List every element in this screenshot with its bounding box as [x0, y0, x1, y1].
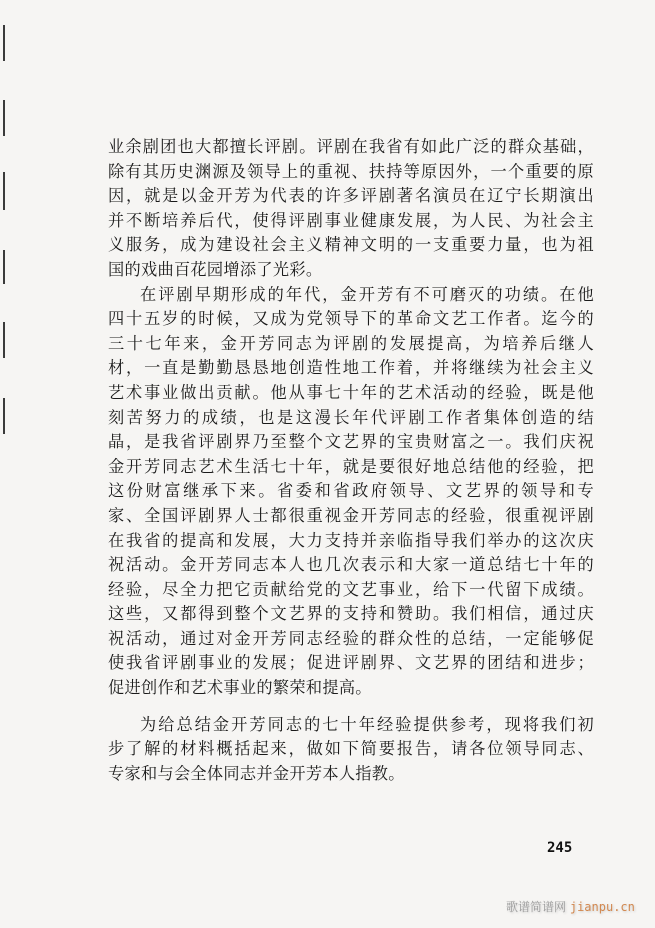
- body-text: 业余剧团也大都擅长评剧。评剧在我省有如此广泛的群众基础，除有其历史渊源及领导上的…: [108, 135, 594, 786]
- margin-mark: [3, 398, 5, 434]
- margin-mark: [3, 172, 5, 210]
- text-line: 专家和与会全体同志并金开芳本人指教。: [108, 762, 594, 787]
- text-line: 使我省评剧事业的发展；促进评剧界、文艺界的团结和进步；: [108, 651, 594, 676]
- text-line: 在我省的提高和发展，大力支持并亲临指导我们举办的这次庆: [108, 529, 594, 554]
- text-line: 祝活动。金开芳同志本人也几次表示和大家一道总结七十年的: [108, 553, 594, 578]
- text-line: 这份财富继承下来。省委和省政府领导、文艺界的领导和专: [108, 479, 594, 504]
- page-number: 245: [547, 840, 572, 856]
- text-line: 促进创作和艺术事业的繁荣和提高。: [108, 676, 594, 701]
- margin-mark: [3, 322, 5, 358]
- scanned-page: 业余剧团也大都擅长评剧。评剧在我省有如此广泛的群众基础，除有其历史渊源及领导上的…: [0, 0, 655, 928]
- text-line: 并不断培养后代，使得评剧事业健康发展，为人民、为社会主: [108, 209, 594, 234]
- paragraph-gap: [108, 701, 594, 713]
- text-line: 步了解的材料概括起来，做如下简要报告，请各位领导同志、: [108, 737, 594, 762]
- paragraph: 为给总结金开芳同志的七十年经验提供参考，现将我们初步了解的材料概括起来，做如下简…: [108, 713, 594, 787]
- text-line: 除有其历史渊源及领导上的重视、扶持等原因外，一个重要的原: [108, 160, 594, 185]
- text-line: 国的戏曲百花园增添了光彩。: [108, 258, 594, 283]
- text-line: 艺术事业做出贡献。他从事七十年的艺术活动的经验，既是他: [108, 381, 594, 406]
- text-line: 材，一直是勤勤恳恳地创造性地工作着，并将继续为社会主义: [108, 356, 594, 381]
- watermark: 歌谱简谱网 jianpu.cn: [506, 898, 635, 915]
- text-line: 家、全国评剧界人士都很重视金开芳同志的经验，很重视评剧: [108, 504, 594, 529]
- text-line: 刻苦努力的成绩，也是这漫长年代评剧工作者集体创造的结: [108, 406, 594, 431]
- watermark-en: jianpu.cn: [570, 900, 635, 914]
- text-line: 晶，是我省评剧界乃至整个文艺界的宝贵财富之一。我们庆祝: [108, 430, 594, 455]
- text-line: 三十七年来，金开芳同志为评剧的发展提高，为培养后继人: [108, 332, 594, 357]
- text-line: 业余剧团也大都擅长评剧。评剧在我省有如此广泛的群众基础，: [108, 135, 594, 160]
- text-line: 经验，尽全力把它贡献给党的文艺事业，给下一代留下成绩。: [108, 578, 594, 603]
- text-line: 这些，又都得到整个文艺界的支持和赞助。我们相信，通过庆: [108, 602, 594, 627]
- text-line: 四十五岁的时候，又成为党领导下的革命文艺工作者。迄今的: [108, 307, 594, 332]
- paragraph: 在评剧早期形成的年代，金开芳有不可磨灭的功绩。在他四十五岁的时候，又成为党领导下…: [108, 283, 594, 701]
- text-line: 金开芳同志艺术生活七十年，就是要很好地总结他的经验，把: [108, 455, 594, 480]
- margin-mark: [3, 250, 5, 284]
- text-line: 为给总结金开芳同志的七十年经验提供参考，现将我们初: [108, 713, 594, 738]
- text-line: 因，就是以金开芳为代表的许多评剧著名演员在辽宁长期演出: [108, 184, 594, 209]
- margin-mark: [3, 100, 5, 136]
- watermark-cn: 歌谱简谱网: [506, 900, 566, 914]
- paragraph: 业余剧团也大都擅长评剧。评剧在我省有如此广泛的群众基础，除有其历史渊源及领导上的…: [108, 135, 594, 283]
- text-line: 在评剧早期形成的年代，金开芳有不可磨灭的功绩。在他: [108, 283, 594, 308]
- text-line: 义服务，成为建设社会主义精神文明的一支重要力量，也为祖: [108, 233, 594, 258]
- text-line: 祝活动，通过对金开芳同志经验的群众性的总结，一定能够促: [108, 627, 594, 652]
- margin-mark: [3, 25, 5, 61]
